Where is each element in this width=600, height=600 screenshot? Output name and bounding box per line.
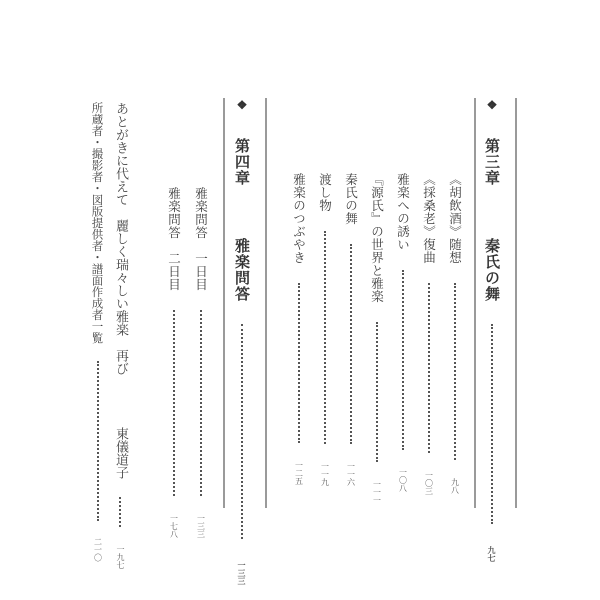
entry-title: 渡し物 (318, 173, 333, 212)
entry-title: 《胡飲酒》随想 (448, 173, 463, 264)
chapter4-title: 雅楽問答 (233, 238, 251, 302)
toc-entry[interactable]: 雅楽問答 二日目 一七八 (167, 187, 180, 538)
leader-dots (350, 244, 352, 444)
chapter3-title: 秦氏の舞 (483, 238, 501, 302)
toc-entry[interactable]: 『源氏』の世界と雅楽 一一一 (370, 173, 383, 504)
chapter4-right-rule (265, 98, 267, 508)
leader-dots (97, 361, 99, 521)
toc-page: ❖ 第三章 秦氏の舞 九七 《胡飲酒》随想 九八 《採桑老》復曲 一〇三 雅楽へ… (0, 0, 600, 600)
entry-page: 一一六 (347, 462, 356, 486)
diamond-ornament-icon: ❖ (236, 98, 248, 113)
entry-title: 所蔵者・撮影者・図版提供者・譜面作成者一覧 (91, 102, 105, 344)
leader-dots (119, 497, 121, 527)
leader-dots (324, 231, 326, 444)
leader-dots (491, 324, 493, 524)
entry-title: 秦氏の舞 (344, 173, 359, 225)
afterword-entry[interactable]: あとがきに代えて 麗しく瑞々しい雅楽 再び 東儀道子 一九七 (114, 102, 127, 569)
entry-author: 東儀道子 (113, 427, 128, 479)
toc-entry[interactable]: 雅楽問答 一日目 一三三 (194, 187, 207, 538)
credits-entry[interactable]: 所蔵者・撮影者・図版提供者・譜面作成者一覧 二一〇 (91, 102, 103, 562)
leader-dots (454, 283, 456, 460)
leader-dots (298, 283, 300, 443)
entry-page: 一三三 (197, 514, 206, 538)
toc-entry[interactable]: 雅楽のつぶやき 一二五 (292, 173, 305, 485)
chapter3-number: 第三章 (483, 138, 501, 186)
entry-page: 一〇三 (425, 471, 434, 495)
chapter4-page: 一三三 (237, 561, 247, 585)
chapter4-left-rule (223, 98, 225, 508)
entry-page: 九八 (451, 478, 460, 494)
toc-entry[interactable]: 雅楽への誘い 一〇八 (396, 173, 409, 492)
chapter3-right-rule (515, 98, 517, 508)
toc-entry[interactable]: 秦氏の舞 一一六 (344, 173, 357, 486)
entry-page: 一一九 (321, 462, 330, 486)
leader-dots (402, 270, 404, 450)
entry-title: 雅楽のつぶやき (292, 173, 307, 264)
entry-page: 一〇八 (399, 468, 408, 492)
entry-page: 一二五 (295, 461, 304, 485)
leader-dots (241, 324, 243, 539)
leader-dots (200, 310, 202, 496)
toc-entry[interactable]: 《胡飲酒》随想 九八 (448, 173, 461, 494)
chapter3-page: 九七 (487, 546, 497, 562)
entry-page: 二一〇 (94, 538, 103, 562)
entry-page: 一一一 (373, 480, 382, 504)
entry-page: 一九七 (116, 545, 125, 569)
chapter4-number: 第四章 (233, 138, 251, 186)
entry-title: 雅楽問答 一日目 (194, 187, 209, 291)
chapter3-heading[interactable]: ❖ 第三章 秦氏の舞 九七 (484, 98, 499, 562)
entry-title: 雅楽への誘い (396, 173, 411, 251)
entry-page: 一七八 (170, 514, 179, 538)
entry-title: あとがきに代えて 麗しく瑞々しい雅楽 再び (113, 102, 128, 375)
chapter3-left-rule (474, 98, 476, 508)
diamond-ornament-icon: ❖ (486, 98, 498, 113)
entry-title: 雅楽問答 二日目 (167, 187, 182, 291)
leader-dots (376, 322, 378, 462)
chapter4-heading[interactable]: ❖ 第四章 雅楽問答 一三三 (234, 98, 249, 585)
leader-dots (173, 310, 175, 496)
entry-title: 『源氏』の世界と雅楽 (370, 173, 385, 303)
leader-dots (428, 283, 430, 453)
entry-title: 《採桑老》復曲 (422, 173, 437, 264)
toc-entry[interactable]: 《採桑老》復曲 一〇三 (422, 173, 435, 495)
toc-entry[interactable]: 渡し物 一一九 (318, 173, 331, 486)
